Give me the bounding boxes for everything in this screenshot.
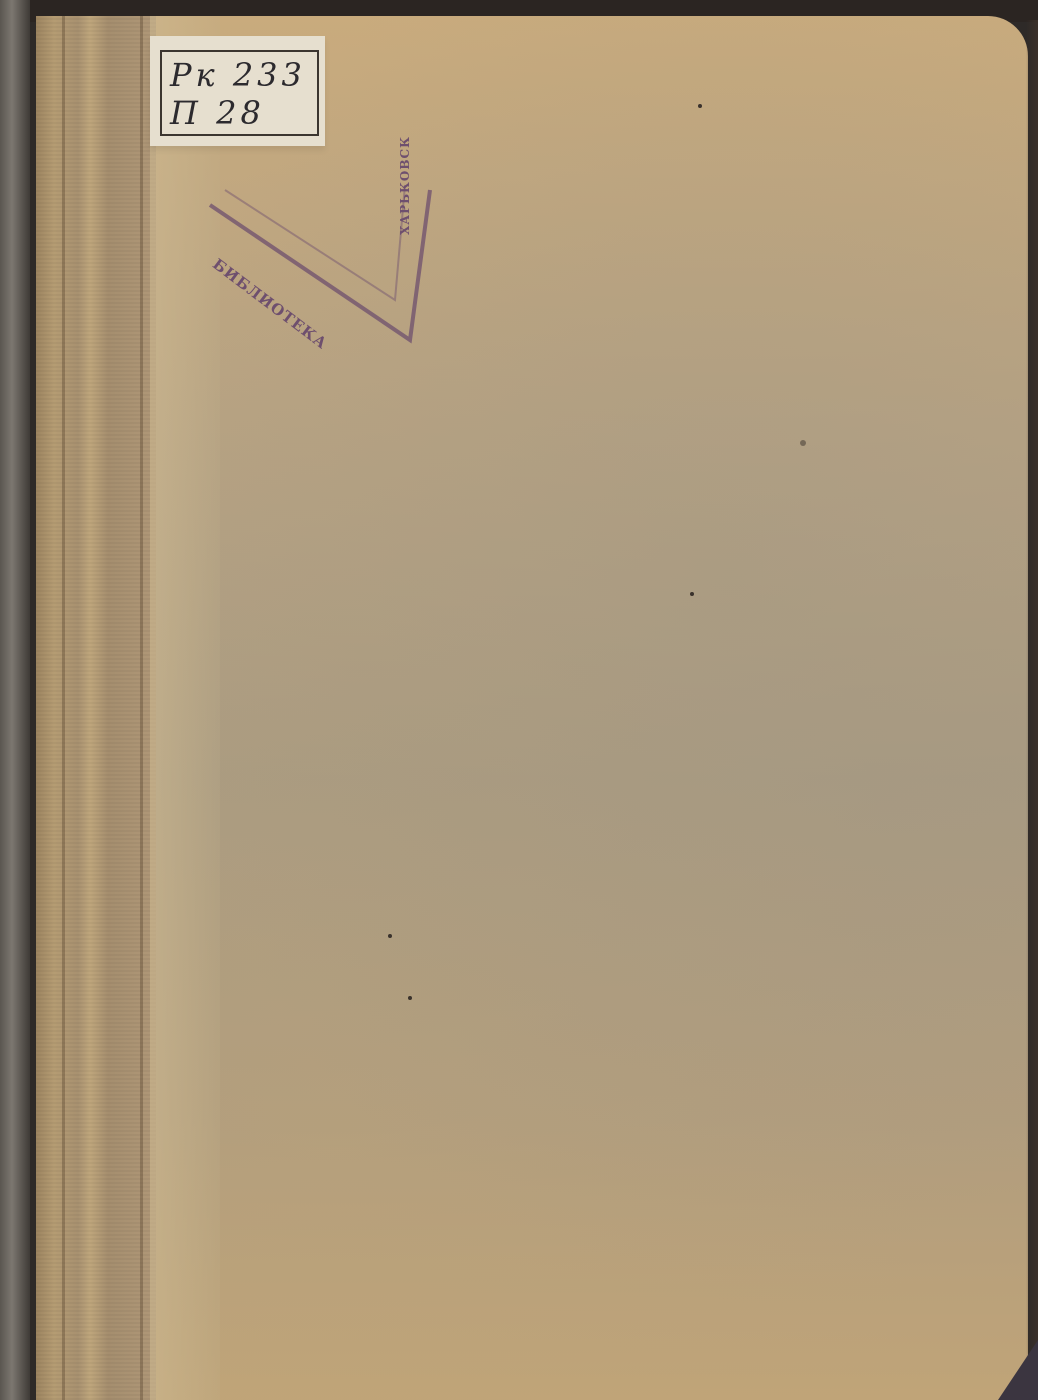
library-stamp-vertical-text: ХАРЬКОВСК [398,136,412,235]
spine-groove [140,16,143,1400]
speck [690,592,694,596]
speck [800,440,806,446]
speck [388,934,392,938]
shelf-mark-line-1: Рк 233 [170,56,306,94]
cover-right-edge [1026,20,1038,1400]
shelf-mark-label: Рк 233 П 28 [150,36,325,146]
cloth-spine [36,16,156,1400]
background-left-edge [0,0,30,1400]
spine-groove [62,16,65,1400]
speck [698,104,702,108]
label-border: Рк 233 П 28 [160,50,319,136]
speck [408,996,412,1000]
shelf-mark-line-2: П 28 [170,94,265,132]
